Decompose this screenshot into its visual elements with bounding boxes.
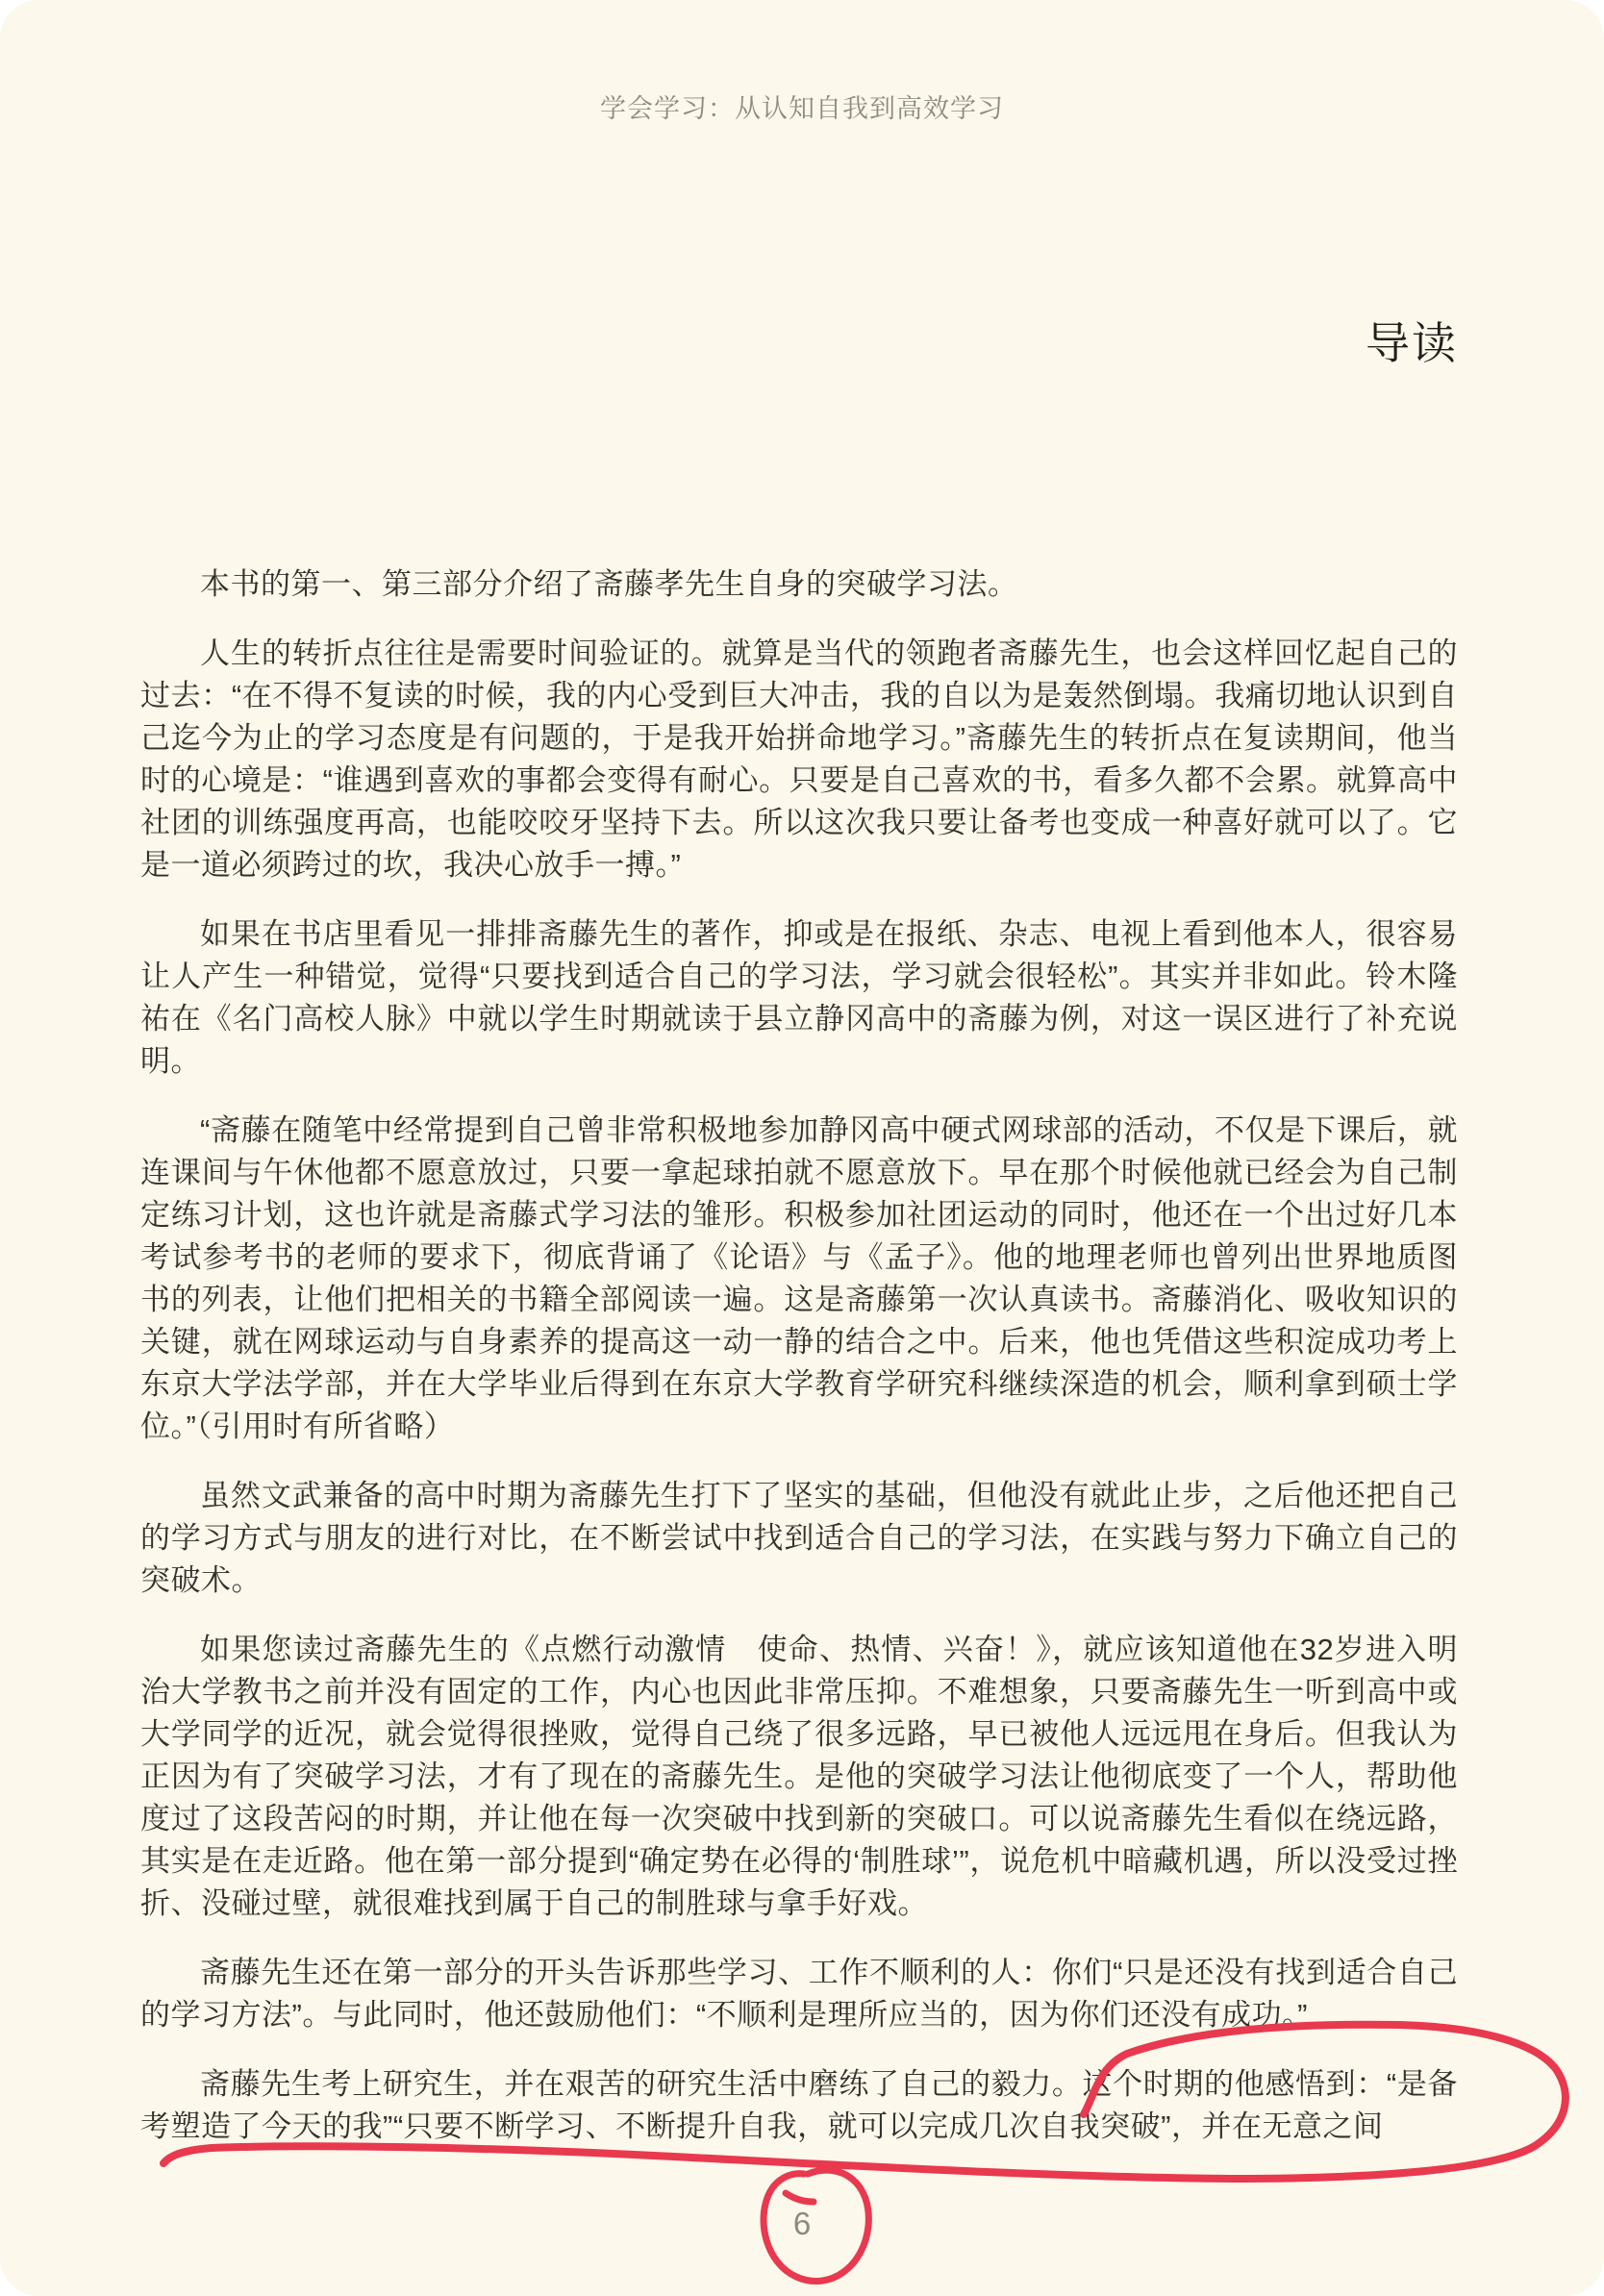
paragraph: 虽然文武兼备的高中时期为斋藤先生打下了坚实的基础，但他没有就此止步，之后他还把自… (140, 1475, 1458, 1602)
book-header-title: 学会学习：从认知自我到高效学习 (0, 92, 1604, 125)
body-paragraphs: 本书的第一、第三部分介绍了斋藤孝先生自身的突破学习法。人生的转折点往往是需要时间… (140, 563, 1458, 2148)
book-page: 学会学习：从认知自我到高效学习 导读 本书的第一、第三部分介绍了斋藤孝先生自身的… (0, 0, 1604, 2296)
paragraph: 本书的第一、第三部分介绍了斋藤孝先生自身的突破学习法。 (140, 563, 1458, 606)
chapter-title: 导读 (1366, 317, 1458, 369)
paragraph: 如果在书店里看见一排排斋藤先生的著作，抑或是在报纸、杂志、电视上看到他本人，很容… (140, 913, 1458, 1083)
paragraph: “斋藤在随笔中经常提到自己曾非常积极地参加静冈高中硬式网球部的活动，不仅是下课后… (140, 1110, 1458, 1448)
paragraph: 人生的转折点往往是需要时间验证的。就算是当代的领跑者斋藤先生，也会这样回忆起自己… (140, 633, 1458, 886)
page-number: 6 (0, 2206, 1604, 2242)
red-circle-pen-tail (786, 2193, 814, 2202)
paragraph: 斋藤先生考上研究生，并在艰苦的研究生活中磨练了自己的毅力。这个时期的他感悟到：“… (140, 2063, 1458, 2148)
paragraph: 斋藤先生还在第一部分的开头告诉那些学习、工作不顺利的人：你们“只是还没有找到适合… (140, 1952, 1458, 2036)
paragraph: 如果您读过斋藤先生的《点燃行动激情 使命、热情、兴奋！》，就应该知道他在32岁进… (140, 1629, 1458, 1925)
